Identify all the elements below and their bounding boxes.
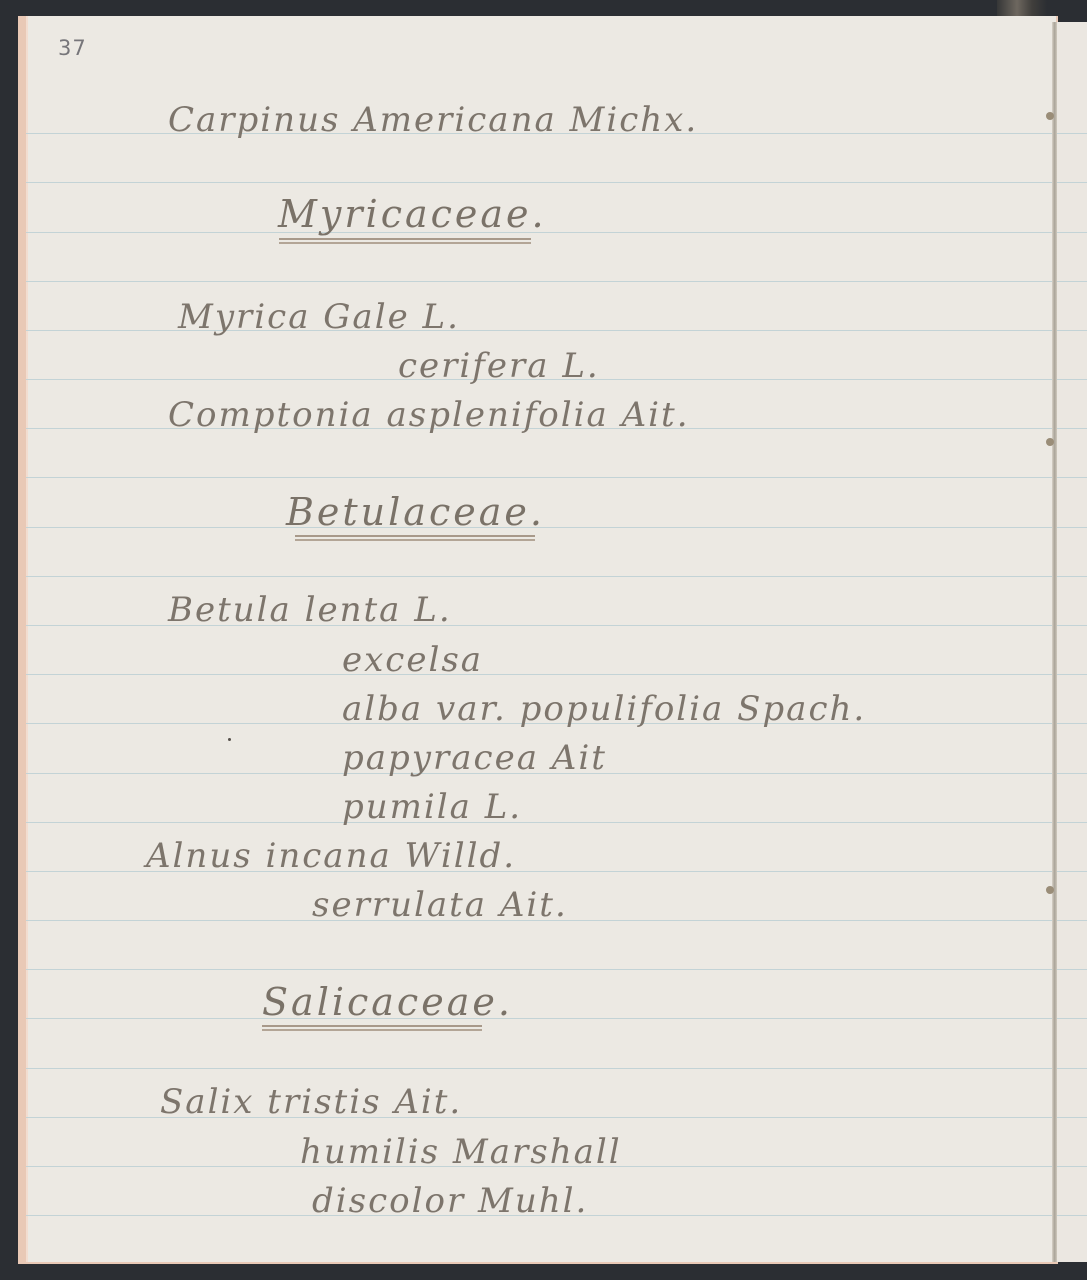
species-entry: alba var. populifolia Spach. <box>342 689 866 729</box>
species-entry: Myrica Gale L. <box>178 297 460 337</box>
ruled-line <box>26 527 1087 528</box>
family-heading: Betulaceae. <box>286 490 545 534</box>
ruled-line <box>26 674 1087 675</box>
species-entry: pumila L. <box>342 787 522 827</box>
species-entry: cerifera L. <box>398 346 600 386</box>
double-underline <box>262 1025 482 1031</box>
species-entry: Betula lenta L. <box>168 590 452 630</box>
species-entry: excelsa <box>342 640 483 680</box>
family-heading: Myricaceae. <box>278 192 547 236</box>
binding-gutter <box>1052 22 1057 1262</box>
facing-page-strip <box>1057 22 1087 1262</box>
species-entry: Comptonia asplenifolia Ait. <box>168 395 690 435</box>
species-entry: serrulata Ait. <box>312 885 568 925</box>
ink-speck <box>228 738 231 741</box>
double-underline <box>279 238 531 244</box>
binding-stitch <box>1046 438 1054 446</box>
binding-stitch <box>1046 112 1054 120</box>
page-number: 37 <box>58 36 87 60</box>
ruled-line <box>26 822 1087 823</box>
ruled-line <box>26 1018 1087 1019</box>
ruled-line <box>26 1068 1087 1069</box>
double-underline <box>295 535 535 541</box>
species-entry: Carpinus Americana Michx. <box>168 100 698 140</box>
ruled-line <box>26 232 1087 233</box>
species-entry: papyracea Ait <box>342 738 607 778</box>
species-entry: discolor Muhl. <box>312 1181 588 1221</box>
ruled-line <box>26 969 1087 970</box>
species-entry: humilis Marshall <box>300 1132 622 1172</box>
family-heading: Salicaceae. <box>262 980 513 1024</box>
ruled-line <box>26 182 1087 183</box>
ruled-line <box>26 477 1087 478</box>
species-entry: Alnus incana Willd. <box>146 836 516 876</box>
ruled-line <box>26 281 1087 282</box>
binding-stitch <box>1046 886 1054 894</box>
species-entry: Salix tristis Ait. <box>160 1082 462 1122</box>
ruled-line <box>26 576 1087 577</box>
